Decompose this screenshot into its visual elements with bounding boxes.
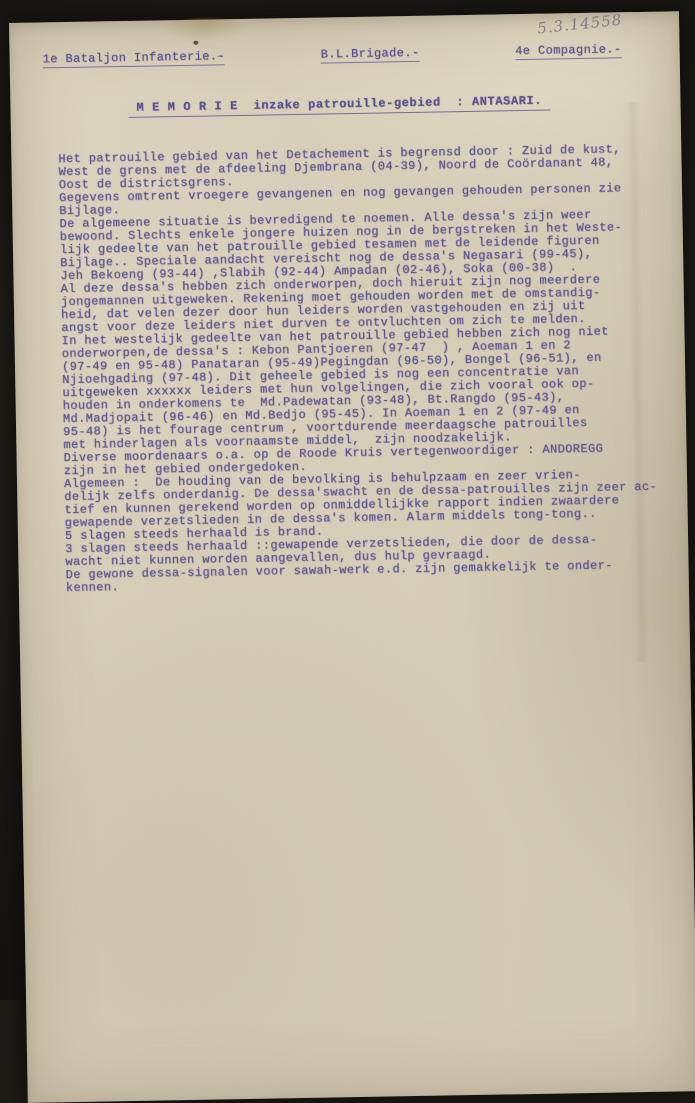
header-brigade: B.L.Brigade.- xyxy=(321,46,420,64)
header-company: 4e Compagnie.- xyxy=(515,42,622,60)
paper-stain xyxy=(159,17,249,45)
scanner-background: 5.3.14558 1e Bataljon Infanterie.- B.L.B… xyxy=(0,0,695,1000)
paper-speck xyxy=(193,41,198,45)
header-battalion: 1e Bataljon Infanterie.- xyxy=(43,49,226,68)
document-body: Het patrouille gebied van het Detachemen… xyxy=(58,143,675,596)
handwritten-reference-number: 5.3.14558 xyxy=(536,11,623,38)
document-title: M E M O R I E inzake patrouille-gebied :… xyxy=(128,94,550,118)
document-page: 5.3.14558 1e Bataljon Infanterie.- B.L.B… xyxy=(9,11,695,1000)
document-header: 1e Bataljon Infanterie.- B.L.Brigade.- 4… xyxy=(10,41,680,69)
